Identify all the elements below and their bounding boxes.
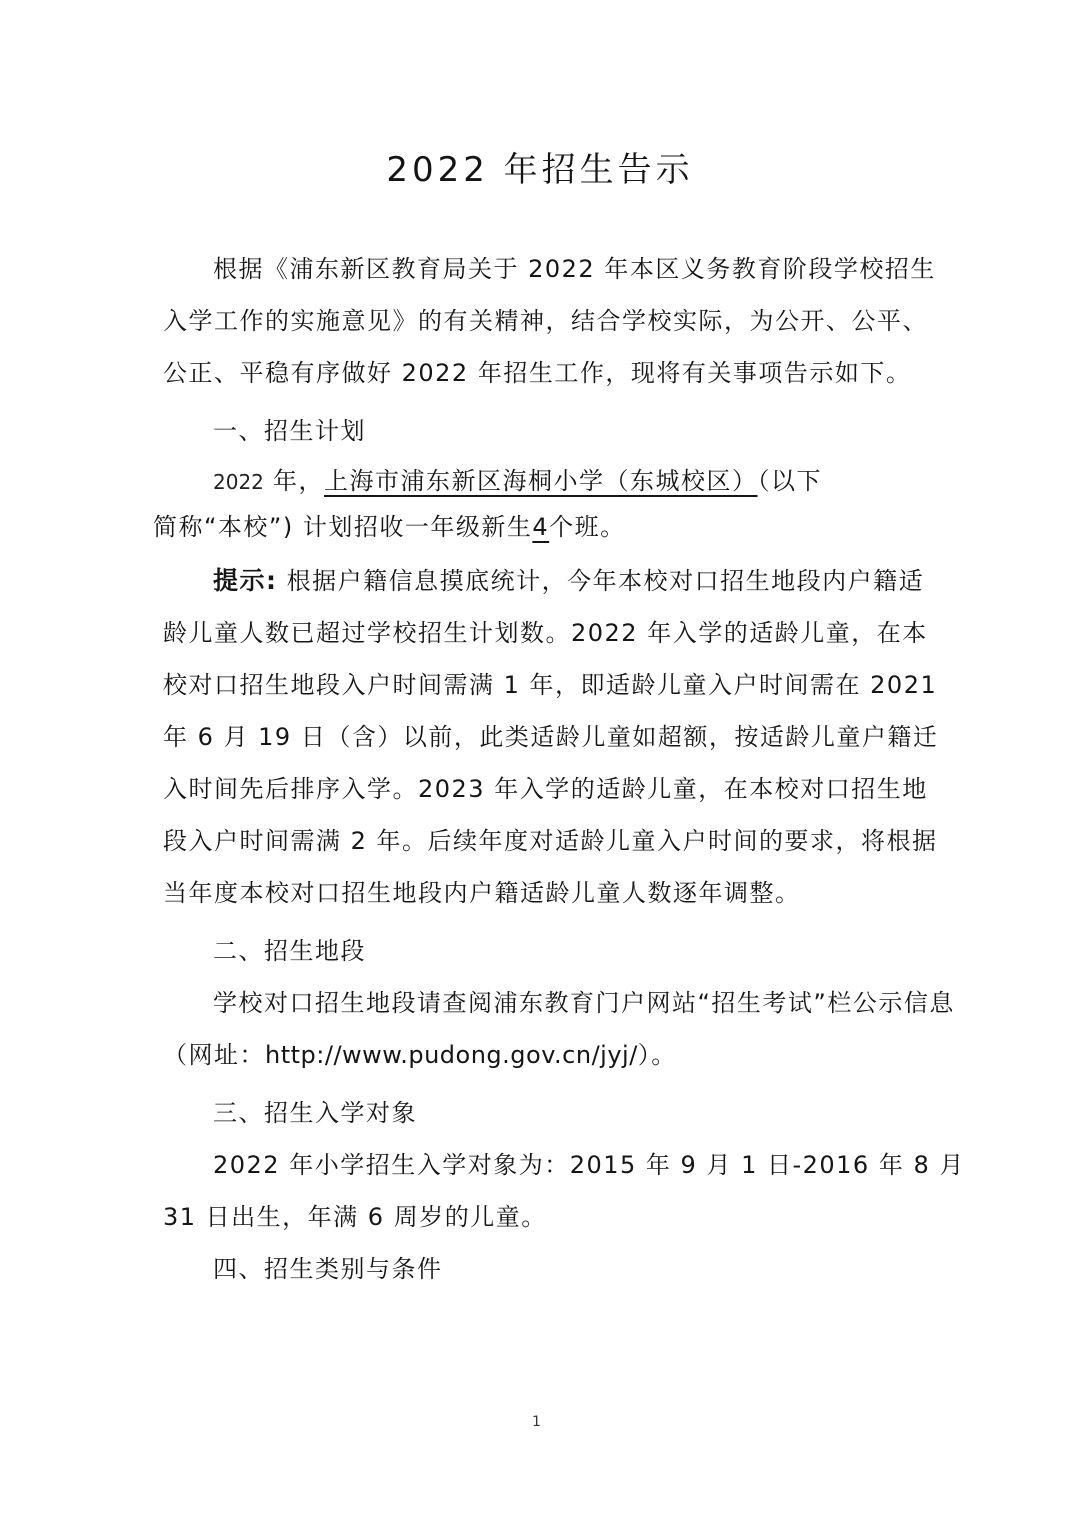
intro-line-3: 公正、平稳有序做好 2022 年招生工作，现将有关事项告示如下。 [163,358,933,388]
url-suffix: ）。 [638,1041,677,1069]
plan-line-2: 简称“本校”) 计划招收一年级新生4个班。 [153,512,923,542]
notice-line-6: 段入户时间需满 2 年。后续年度对适龄儿童入户时间的要求，将根据 [163,826,933,856]
portal-url-link[interactable]: http://www.pudong.gov.cn/jyj/ [265,1041,638,1069]
class-suffix: 个班。 [549,513,626,541]
school-name: 上海市浦东新区海桐小学（东城校区） [324,467,758,495]
section2-heading: 二、招生地段 [213,936,983,966]
intro-line-2: 入学工作的实施意见》的有关精神，结合学校实际，为公开、公平、 [163,306,933,336]
page-number: 1 [532,1414,541,1430]
notice-line-2: 龄儿童人数已超过学校招生计划数。2022 年入学的适龄儿童，在本 [163,618,933,648]
plan-line-1: 2022 年，上海市浦东新区海桐小学（东城校区）（以下 [213,466,983,497]
notice-line-5: 入时间先后排序入学。2023 年入学的适龄儿童，在本校对口招生地 [163,774,933,804]
plan-line2-prefix: 简称“本校”) 计划招收一年级新生 [153,513,532,541]
plan-year: 2022 [213,470,264,494]
section1-heading: 一、招生计划 [213,416,983,446]
url-prefix: （网址： [163,1041,265,1069]
section2-line-2: （网址：http://www.pudong.gov.cn/jyj/）。 [163,1040,933,1070]
plan-after-name: （以下 [758,467,823,495]
document-title: 2022 年招生告示 [0,142,1080,191]
class-count: 4 [532,513,549,541]
section3-line-1: 2022 年小学招生入学对象为：2015 年 9 月 1 日-2016 年 8 … [213,1150,983,1180]
notice-text-1: 根据户籍信息摸底统计，今年本校对口招生地段内户籍适 [287,567,925,595]
section3-heading: 三、招生入学对象 [213,1098,983,1128]
notice-line-4: 年 6 月 19 日（含）以前，此类适龄儿童如超额，按适龄儿童户籍迁 [163,722,933,752]
intro-line-1: 根据《浦东新区教育局关于 2022 年本区义务教育阶段学校招生 [213,254,983,284]
document-page: 2022 年招生告示 根据《浦东新区教育局关于 2022 年本区义务教育阶段学校… [0,0,1080,1526]
notice-line-7: 当年度本校对口招生地段内户籍适龄儿童人数逐年调整。 [163,878,933,908]
notice-label: 提示: [213,566,278,595]
notice-line-3: 校对口招生地段入户时间需满 1 年，即适龄儿童入户时间需在 2021 [163,670,933,700]
section2-line-1: 学校对口招生地段请查阅浦东教育门户网站“招生考试”栏公示信息 [213,988,983,1018]
plan-year-suffix: 年， [273,467,324,495]
section4-heading: 四、招生类别与条件 [213,1254,983,1284]
notice-line-1: 提示: 根据户籍信息摸底统计，今年本校对口招生地段内户籍适 [213,566,983,596]
section3-line-2: 31 日出生，年满 6 周岁的儿童。 [163,1202,933,1232]
